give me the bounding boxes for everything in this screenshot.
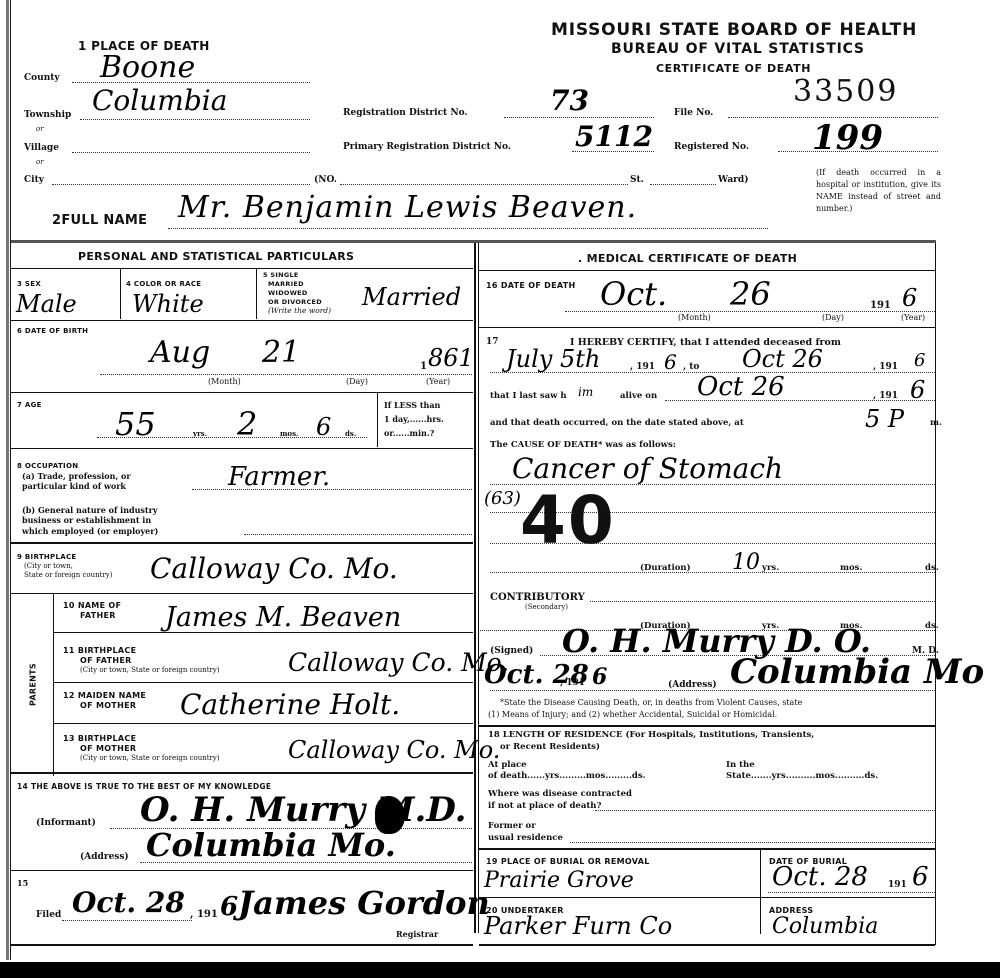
row-line-informant [11, 772, 473, 774]
death-time: 5 P [865, 405, 904, 433]
father-name-label-2: FATHER [80, 611, 116, 620]
footnote-2: (1) Means of Injury; and (2) whether Acc… [488, 709, 777, 720]
village-line [72, 152, 310, 153]
personal-heading: PERSONAL AND STATISTICAL PARTICULARS [78, 250, 354, 263]
contributory-line [590, 601, 935, 602]
village-label: Village [24, 143, 59, 153]
race-value: White [132, 290, 204, 318]
bottom-black-band [0, 962, 1000, 978]
filed-year-prefix: , 191 [190, 909, 218, 920]
dob-day: 21 [262, 335, 300, 370]
duration-ds-label: ds. [925, 563, 939, 573]
mother-maiden-label-2: OF MOTHER [80, 701, 136, 710]
last-saw-label: that I last saw h [490, 391, 567, 401]
dod-year: 6 [902, 284, 917, 312]
or-1: or [36, 125, 44, 133]
row-line-birthplace [11, 542, 473, 544]
signed-address-label: (Address) [668, 680, 717, 690]
filed-label: Filed [36, 910, 61, 920]
birthplace-label: 9 BIRTHPLACE [17, 553, 76, 561]
age-months: 2 [237, 405, 257, 443]
in-state-2: State.......yrs..........mos..........ds… [726, 771, 878, 781]
informant-value: O. H. Murry M.D. [140, 790, 466, 830]
father-birthplace-label-2: OF FATHER [80, 656, 132, 665]
row-line-mother-birthplace [54, 723, 473, 724]
signed-year-prefix: , 191 [560, 678, 585, 688]
registrar-label: Registrar [396, 929, 438, 939]
race-label: 4 COLOR OR RACE [126, 280, 201, 288]
dod-label: 16 DATE OF DEATH [486, 281, 576, 290]
burial-divider [760, 849, 761, 934]
no-line [340, 184, 628, 185]
age-label: 7 AGE [17, 401, 42, 409]
occupation-b-2: business or establishment in [22, 515, 151, 525]
full-name-value: Mr. Benjamin Lewis Beaven. [178, 190, 637, 225]
cause-code-small: (63) [484, 488, 521, 509]
less-than-2: 1 day,......hrs. [384, 414, 444, 424]
duration-yrs-label: yrs. [762, 563, 779, 573]
occupation-label: 8 OCCUPATION [17, 462, 78, 470]
registration-district-value: 73 [550, 84, 589, 117]
township-value: Columbia [92, 84, 227, 117]
burial-place-value: Prairie Grove [484, 868, 634, 893]
age-ds-label: ds. [345, 429, 356, 438]
dod-day-caption: (Day) [822, 313, 844, 322]
cause-line-3 [490, 543, 935, 544]
sex-race-divider [120, 269, 121, 319]
row-line-mother-maiden [54, 682, 473, 683]
dod-month: Oct. [600, 275, 667, 313]
last-saw-date: Oct 26 [697, 372, 785, 402]
medical-heading-line [479, 270, 935, 271]
former-residence-1: Former or [488, 821, 536, 831]
where-contracted-2: if not at place of death? [488, 801, 601, 811]
row-line-parents [11, 593, 473, 594]
full-name-line [168, 228, 768, 229]
mother-birthplace-value: Calloway Co. Mo. [288, 736, 500, 764]
residence-heading-2: or Recent Residents) [500, 742, 600, 752]
burial-date-line [768, 892, 935, 893]
in-state-1: In the [726, 760, 755, 770]
dob-day-caption: (Day) [346, 377, 368, 386]
birthplace-sub-2: State or foreign country) [24, 571, 113, 579]
registrar-value: James Gordon [238, 884, 490, 922]
mother-maiden-value: Catherine Holt. [180, 688, 400, 721]
duration-mos-label: mos. [840, 563, 862, 573]
dob-line [100, 374, 472, 375]
duration-label: (Duration) [640, 563, 691, 573]
attended-from: July 5th [506, 345, 600, 373]
cause-line-4 [490, 572, 935, 573]
informant-address-label: (Address) [80, 852, 129, 862]
alive-on-label: alive on [620, 391, 657, 401]
undertaker-address-value: Columbia [772, 914, 878, 939]
at-place-2: of death......yrs.........mos.........ds… [488, 771, 646, 781]
left-border [6, 0, 9, 960]
filed-year: 6 [220, 892, 238, 922]
filed-line [62, 920, 192, 921]
contributory-label: CONTRIBUTORY [490, 592, 585, 603]
township-line [80, 119, 310, 120]
row-line-burial [479, 848, 935, 850]
informant-address-value: Columbia Mo. [146, 826, 396, 864]
medical-left-border [478, 243, 479, 933]
dod-month-caption: (Month) [678, 313, 711, 322]
primary-district-value: 5112 [575, 120, 653, 153]
city-label: City [24, 175, 44, 185]
dob-year-caption: (Year) [426, 377, 450, 386]
occupation-b-1: (b) General nature of industry [22, 505, 158, 515]
row-line-undertaker [479, 897, 935, 898]
birthplace-sub-1: (City or town, [24, 562, 73, 570]
occupation-a-2: particular kind of work [22, 481, 126, 491]
age-mos-label: mos. [280, 429, 298, 438]
left-section-right-border [474, 243, 476, 933]
less-than-1: If LESS than [384, 400, 440, 410]
undertaker-value: Parker Furn Co [484, 912, 672, 940]
age-days: 6 [316, 413, 331, 441]
signed-label: (Signed) [490, 646, 533, 656]
race-marital-divider [256, 269, 257, 319]
marital-value: Married [362, 283, 461, 311]
file-no-label: File No. [674, 108, 713, 118]
former-residence-2: usual residence [488, 833, 563, 843]
burial-place-label: 19 PLACE OF BURIAL OR REMOVAL [486, 857, 650, 866]
burial-year: 6 [912, 862, 929, 892]
dod-day: 26 [730, 275, 771, 313]
right-bottom-line [479, 944, 935, 946]
row-line-age [11, 392, 473, 393]
registration-district-label: Registration District No. [343, 108, 468, 118]
age-years: 55 [115, 405, 156, 443]
registered-no-label: Registered No. [674, 142, 749, 152]
last-saw-year-prefix: , 191 [873, 391, 898, 401]
where-contracted-1: Where was disease contracted [488, 789, 632, 799]
attended-to-year-prefix: , 191 [873, 362, 898, 372]
cert-number: 17 [486, 337, 499, 347]
board-title: MISSOURI STATE BOARD OF HEALTH [551, 20, 917, 40]
birthplace-value: Calloway Co. Mo. [150, 552, 398, 585]
certificate-title: CERTIFICATE OF DEATH [656, 62, 811, 75]
cause-value: Cancer of Stomach [512, 452, 783, 485]
bureau-title: BUREAU OF VITAL STATISTICS [611, 41, 865, 57]
at-place-1: At place [488, 760, 527, 770]
mother-birthplace-label-3: (City or town, State or foreign country) [80, 754, 220, 762]
footnote-1: *State the Disease Causing Death, or, in… [500, 697, 802, 708]
row-line-dob [11, 320, 473, 321]
hospital-note: (If death occurred in a hospital or inst… [816, 167, 941, 215]
dob-year: 861 [428, 344, 474, 372]
age-less-divider [377, 393, 378, 447]
marital-label-2: MARRIED [268, 280, 304, 288]
cause-code: 40 [520, 488, 616, 554]
county-value: Boone [100, 50, 195, 85]
father-birthplace-label-3: (City or town, State or foreign country) [80, 666, 220, 674]
file-number-printed: 33509 [793, 74, 898, 109]
attended-to: Oct 26 [742, 345, 823, 373]
signed-address-value: Columbia Mo [730, 652, 984, 692]
occupation-a-1: (a) Trade, profession, or [22, 471, 131, 481]
primary-district-label: Primary Registration District No. [343, 142, 511, 152]
attended-from-year-prefix: , 191 [630, 362, 655, 372]
duration-yrs: 10 [732, 550, 760, 575]
father-name-value: James M. Beaven [165, 602, 401, 633]
no-label: (NO. [314, 175, 337, 185]
filed-date: Oct. 28 [72, 886, 185, 919]
secondary-label: (Secondary) [525, 603, 568, 611]
sex-value: Male [16, 290, 77, 318]
full-name-label: 2FULL NAME [52, 213, 147, 228]
township-label: Township [24, 110, 71, 120]
or-2: or [36, 158, 44, 166]
former-residence-line [570, 842, 935, 843]
medical-right-border [935, 243, 936, 945]
registered-no-value: 199 [812, 118, 883, 158]
attended-to-year: 6 [914, 350, 925, 371]
less-than-3: or......min.? [384, 428, 434, 438]
mother-birthplace-label-2: OF MOTHER [80, 744, 136, 753]
row-line-residence [479, 725, 935, 727]
row-line-filed [11, 870, 473, 871]
father-birthplace-label-1: 11 BIRTHPLACE [63, 646, 136, 655]
dob-month: Aug [150, 335, 210, 370]
mother-birthplace-label-1: 13 BIRTHPLACE [63, 734, 136, 743]
dob-label: 6 DATE OF BIRTH [17, 327, 88, 335]
occupation-b-3: which employed (or employer) [22, 526, 158, 536]
death-occurred-text: and that death occurred, on the date sta… [490, 418, 744, 428]
dod-year-caption: (Year) [901, 313, 925, 322]
occupation-a-value: Farmer. [228, 462, 330, 492]
where-contracted-line [595, 810, 935, 811]
marital-label-1: 5 SINGLE [263, 271, 299, 279]
burial-date-value: Oct. 28 [772, 862, 868, 892]
to-label: , to [683, 362, 699, 372]
last-saw-pronoun: im [578, 385, 593, 399]
last-saw-year: 6 [910, 376, 925, 404]
occupation-b-line [244, 534, 472, 535]
marital-label-3: WIDOWED [268, 289, 308, 297]
left-border-inner [10, 0, 11, 960]
row-line-certify [479, 327, 935, 328]
residence-heading-1: 18 LENGTH OF RESIDENCE (For Hospitals, I… [488, 730, 814, 740]
contributory-ds-label: ds. [925, 621, 939, 631]
cause-heading: The CAUSE OF DEATH* was as follows: [490, 440, 676, 450]
registration-district-line [504, 117, 654, 118]
st-label: St. [630, 175, 644, 185]
dob-year-prefix: 1 [420, 361, 427, 372]
county-label: County [24, 73, 60, 83]
informant-label: (Informant) [36, 818, 96, 828]
signed-year: 6 [592, 664, 607, 690]
personal-heading-line [11, 268, 473, 269]
st-line [650, 184, 716, 185]
father-name-label-1: 10 NAME OF [63, 601, 121, 610]
dob-month-caption: (Month) [208, 377, 241, 386]
medical-heading: . MEDICAL CERTIFICATE OF DEATH [578, 252, 797, 265]
dod-year-prefix: 191 [870, 300, 891, 311]
age-yrs-label: yrs. [193, 429, 207, 438]
row-line-father-birthplace [54, 632, 473, 633]
marital-label-5: (Write the word) [268, 306, 331, 315]
parents-divider [53, 594, 54, 776]
city-line [52, 184, 310, 185]
row-line-occupation [11, 448, 473, 449]
parents-label: PARENTS [29, 652, 38, 718]
burial-year-prefix: 191 [888, 880, 907, 890]
marital-label-4: OR DIVORCED [268, 298, 322, 306]
filed-number: 15 [17, 878, 28, 888]
father-birthplace-value: Calloway Co. Mo. [288, 648, 509, 677]
mother-maiden-label-1: 12 MAIDEN NAME [63, 691, 146, 700]
sex-label: 3 SEX [17, 280, 41, 288]
ward-label: Ward) [718, 175, 748, 185]
attended-from-year: 6 [664, 350, 677, 374]
left-bottom-line [11, 944, 473, 946]
